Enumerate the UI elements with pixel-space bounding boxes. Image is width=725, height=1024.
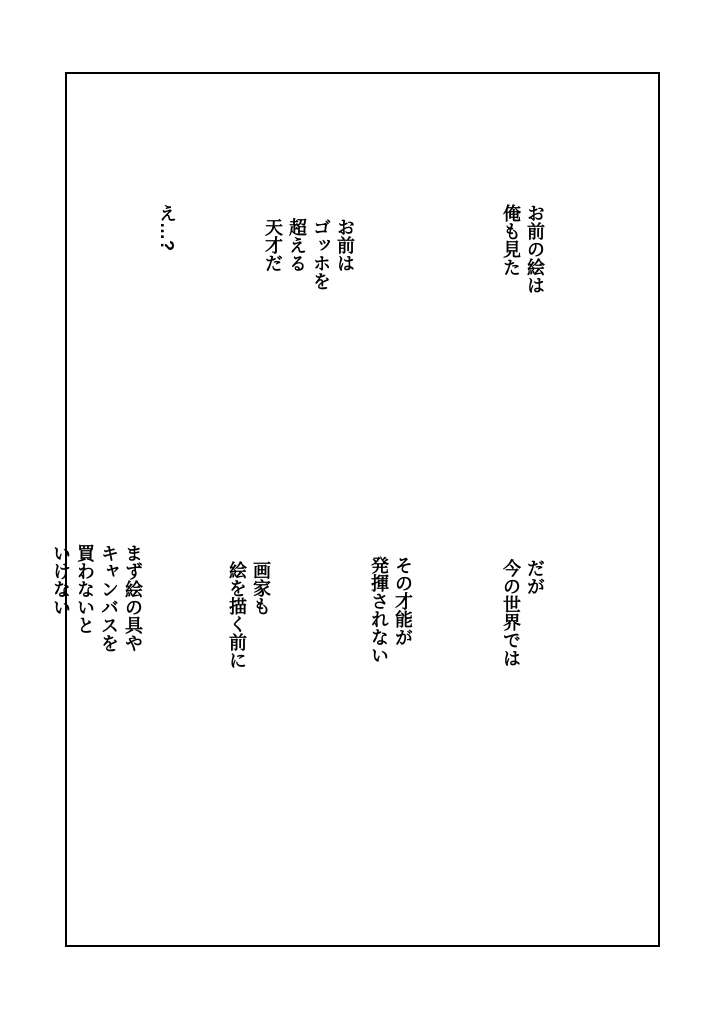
panel-frame: お前の絵は 俺も見た お前は ゴッホを 超える 天才だ え…? だが 今の世界で… — [65, 72, 660, 947]
dialogue-text-4: だが 今の世界では — [499, 559, 547, 667]
dialogue-text-1: お前の絵は 俺も見た — [499, 204, 547, 294]
manga-page: { "page": { "background_color": "#ffffff… — [0, 0, 725, 1024]
dialogue-text-2: お前は ゴッホを 超える 天才だ — [261, 218, 357, 290]
dialogue-text-7: まず絵の具や キャンバスを 買わないと いけない — [49, 544, 145, 652]
dialogue-text-6: 画家も 絵を描く前に — [225, 561, 273, 669]
dialogue-text-5: その才能が 発揮されない — [367, 556, 415, 664]
dialogue-text-3: え…? — [155, 204, 179, 251]
